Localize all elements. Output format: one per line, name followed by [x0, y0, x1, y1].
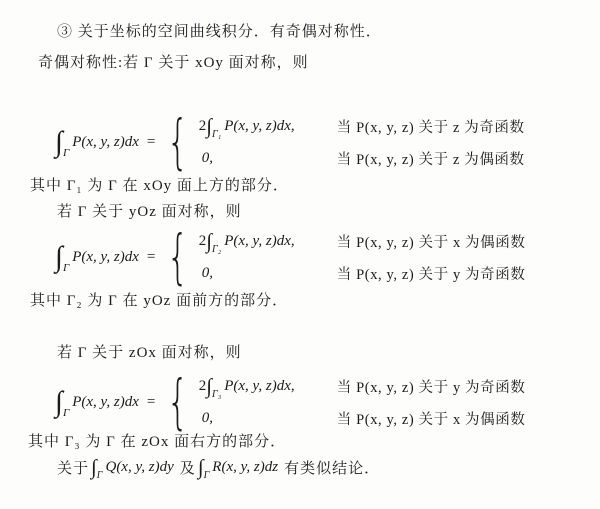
integrand: P(x, y, z)dx,	[224, 233, 294, 250]
case-condition: 当 P(x, y, z) 关于 z 为奇函数	[337, 116, 525, 137]
zero-value: 0,	[202, 410, 213, 427]
formula-block-xoy: ∫ΓP(x, y, z)dx= { 2∫Γ₁P(x, y, z)dx, 当 P(…	[55, 111, 525, 173]
lhs-integral: ∫ΓP(x, y, z)dx=	[55, 388, 162, 417]
formula-block-yoz: ∫ΓP(x, y, z)dx= { 2∫Γ₂P(x, y, z)dx, 当 P(…	[55, 226, 525, 288]
case-row: 2∫Γ₂P(x, y, z)dx, 当 P(x, y, z) 关于 x 为偶函数	[199, 231, 526, 252]
case-row: 2∫Γ₁P(x, y, z)dx, 当 P(x, y, z) 关于 z 为奇函数	[199, 116, 525, 137]
integral-sign: ∫	[55, 128, 63, 157]
case-row: 2∫Γ₃P(x, y, z)dx, 当 P(x, y, z) 关于 y 为奇函数	[199, 376, 526, 397]
integrand: P(x, y, z)dx,	[224, 118, 294, 135]
integral-subscript: Γ	[97, 470, 103, 481]
integrand: P(x, y, z)dx,	[224, 378, 294, 395]
final-post: 有类似结论．	[284, 457, 380, 478]
cases-brace: {	[167, 373, 189, 432]
equals-sign: =	[147, 394, 155, 411]
cases-column: 2∫Γ₃P(x, y, z)dx, 当 P(x, y, z) 关于 y 为奇函数…	[199, 376, 526, 429]
final-pre: 关于	[57, 457, 89, 478]
integral-subscript: Γ₁	[212, 129, 221, 140]
case-row: 0, 当 P(x, y, z) 关于 x 为偶函数	[199, 408, 526, 429]
scanned-textbook-page: ③ 关于坐标的空间曲线积分．有奇偶对称性． 奇偶对称性:若 Γ 关于 xOy 面…	[0, 0, 600, 509]
integral-subscript: Γ	[63, 147, 69, 159]
case-condition: 当 P(x, y, z) 关于 y 为奇函数	[337, 263, 526, 284]
cases-column: 2∫Γ₁P(x, y, z)dx, 当 P(x, y, z) 关于 z 为奇函数…	[199, 116, 525, 169]
equals-sign: =	[147, 249, 155, 266]
note-gamma1: 其中 Γ₁ 为 Γ 在 xOy 面上方的部分．	[30, 174, 289, 195]
case-condition: 当 P(x, y, z) 关于 y 为奇函数	[337, 376, 526, 397]
final-remark: 关于 ∫ΓQ(x, y, z)dy 及 ∫ΓR(x, y, z)dz 有类似结论…	[57, 457, 380, 478]
equals-sign: =	[147, 134, 155, 151]
lhs-integral: ∫ΓP(x, y, z)dx=	[55, 128, 162, 157]
formula-block-zox: ∫ΓP(x, y, z)dx= { 2∫Γ₃P(x, y, z)dx, 当 P(…	[55, 371, 525, 433]
case-condition: 当 P(x, y, z) 关于 x 为偶函数	[337, 408, 526, 429]
integral-subscript: Γ₂	[212, 244, 221, 255]
cases-brace: {	[167, 228, 189, 287]
zero-value: 0,	[202, 150, 213, 167]
case-row: 0, 当 P(x, y, z) 关于 z 为偶函数	[199, 148, 525, 169]
symmetry-intro-xoy: 奇偶对称性:若 Γ 关于 xOy 面对称，则	[38, 51, 309, 72]
note-gamma3: 其中 Γ₃ 为 Γ 在 zOx 面右方的部分．	[28, 430, 286, 451]
case-condition: 当 P(x, y, z) 关于 x 为偶函数	[337, 231, 526, 252]
integral-subscript: Γ₃	[212, 389, 221, 400]
case-expression: 0,	[199, 150, 337, 167]
integrand: P(x, y, z)dx	[72, 134, 139, 151]
integral-sign: ∫	[55, 388, 63, 417]
cases-column: 2∫Γ₂P(x, y, z)dx, 当 P(x, y, z) 关于 x 为偶函数…	[199, 231, 526, 284]
case-condition: 当 P(x, y, z) 关于 z 为偶函数	[337, 148, 525, 169]
cases-brace: {	[167, 113, 189, 172]
final-mid: 及	[180, 457, 196, 478]
case-expression: 2∫Γ₂P(x, y, z)dx,	[199, 231, 337, 252]
lhs-integral: ∫ΓP(x, y, z)dx=	[55, 243, 162, 272]
integral-subscript: Γ	[204, 470, 210, 481]
case-row: 0, 当 P(x, y, z) 关于 y 为奇函数	[199, 263, 526, 284]
note-gamma2: 其中 Γ₂ 为 Γ 在 yOz 面前方的部分．	[30, 289, 288, 310]
integral-subscript: Γ	[63, 262, 69, 274]
heading-line: ③ 关于坐标的空间曲线积分．有奇偶对称性．	[57, 20, 382, 41]
integrand: Q(x, y, z)dy	[105, 459, 173, 476]
integral-subscript: Γ	[63, 407, 69, 419]
integrand: R(x, y, z)dz	[212, 459, 278, 476]
integrand: P(x, y, z)dx	[72, 249, 139, 266]
zero-value: 0,	[202, 265, 213, 282]
integral-sign: ∫	[55, 243, 63, 272]
integrand: P(x, y, z)dx	[72, 394, 139, 411]
symmetry-intro-yoz: 若 Γ 关于 yOz 面对称，则	[57, 200, 242, 221]
case-expression: 2∫Γ₁P(x, y, z)dx,	[199, 116, 337, 137]
case-expression: 0,	[199, 410, 337, 427]
case-expression: 2∫Γ₃P(x, y, z)dx,	[199, 376, 337, 397]
case-expression: 0,	[199, 265, 337, 282]
symmetry-intro-zox: 若 Γ 关于 zOx 面对称，则	[57, 341, 242, 362]
